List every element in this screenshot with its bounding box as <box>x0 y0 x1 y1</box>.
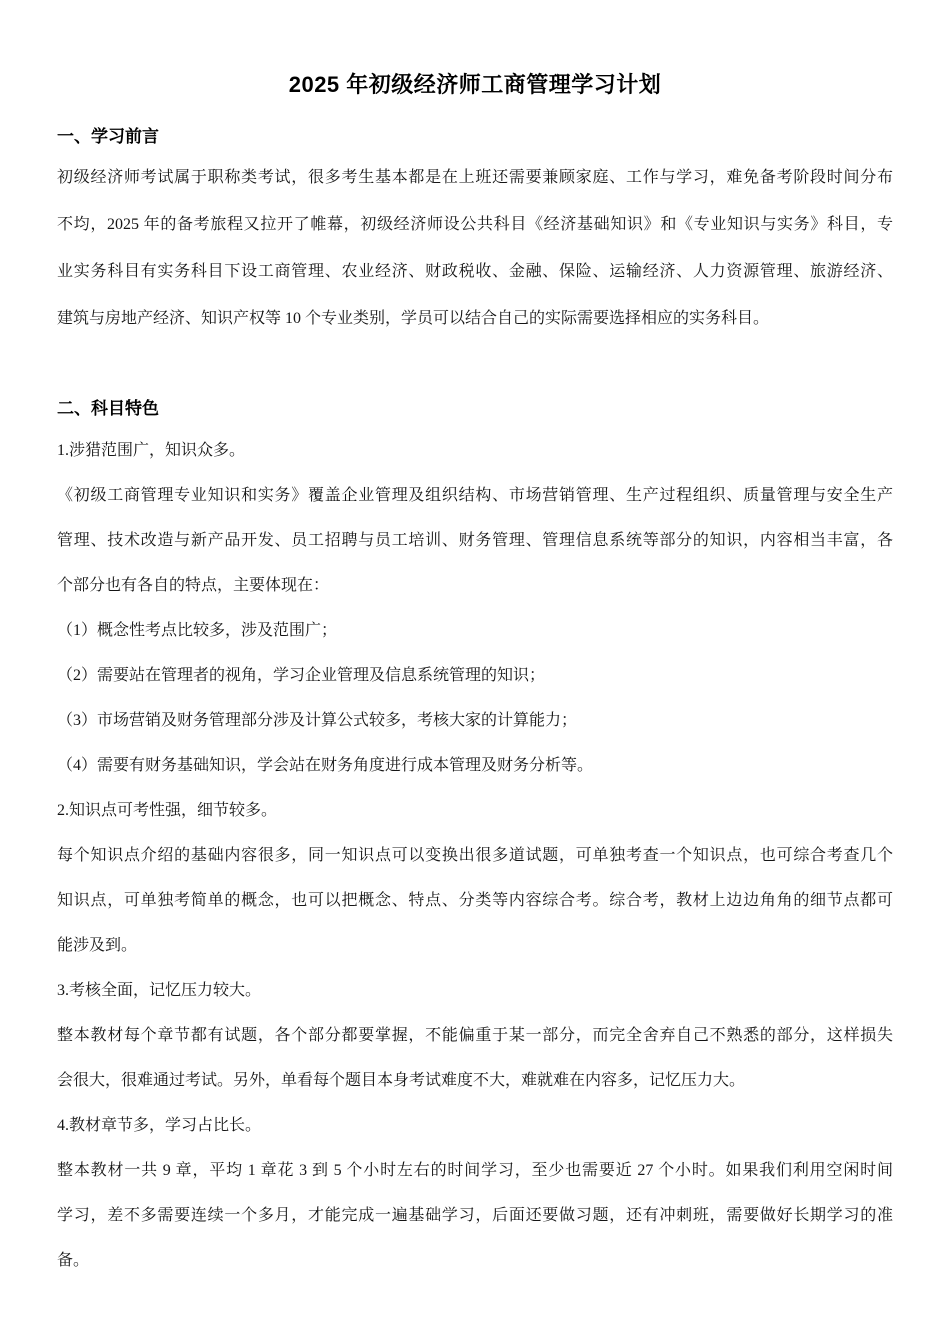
feature-item-3-title: 3.考核全面，记忆压力较大。 <box>57 968 893 1013</box>
text-line: 备。 <box>57 1238 893 1283</box>
text-line: 个部分也有各自的特点，主要体现在： <box>57 563 893 608</box>
text-line: 建筑与房地产经济、知识产权等 10 个专业类别，学员可以结合自己的实际需要选择相… <box>57 295 893 342</box>
feature-point-4: （4）需要有财务基础知识，学会站在财务角度进行成本管理及财务分析等。 <box>57 743 893 788</box>
text-line: 每个知识点介绍的基础内容很多，同一知识点可以变换出很多道试题，可单独考查一个知识… <box>57 833 893 878</box>
document-title: 2025 年初级经济师工商管理学习计划 <box>57 0 893 100</box>
section-heading-features: 二、科目特色 <box>57 398 893 420</box>
text-line: 《初级工商管理专业知识和实务》覆盖企业管理及组织结构、市场营销管理、生产过程组织… <box>57 473 893 518</box>
text-line: 会很大，很难通过考试。另外，单看每个题目本身考试难度不大，难就难在内容多，记忆压… <box>57 1058 893 1103</box>
text-line: 能涉及到。 <box>57 923 893 968</box>
document-content: 2025 年初级经济师工商管理学习计划 一、学习前言 初级经济师考试属于职称类考… <box>0 0 950 1283</box>
text-line: 整本教材每个章节都有试题，各个部分都要掌握，不能偏重于某一部分，而完全舍弃自己不… <box>57 1013 893 1058</box>
document-page: 2025 年初级经济师工商管理学习计划 一、学习前言 初级经济师考试属于职称类考… <box>0 0 950 1344</box>
text-line: 学习，差不多需要连续一个多月，才能完成一遍基础学习，后面还要做习题，还有冲刺班，… <box>57 1193 893 1238</box>
text-line: 不均，2025 年的备考旅程又拉开了帷幕，初级经济师设公共科目《经济基础知识》和… <box>57 201 893 248</box>
feature-item-1-title: 1.涉猎范围广，知识众多。 <box>57 428 893 473</box>
feature-point-3: （3）市场营销及财务管理部分涉及计算公式较多，考核大家的计算能力； <box>57 698 893 743</box>
section-heading-preface: 一、学习前言 <box>57 126 893 148</box>
text-line: 整本教材一共 9 章，平均 1 章花 3 到 5 个小时左右的时间学习，至少也需… <box>57 1148 893 1193</box>
text-line: 管理、技术改造与新产品开发、员工招聘与员工培训、财务管理、管理信息系统等部分的知… <box>57 518 893 563</box>
text-line: 知识点，可单独考简单的概念，也可以把概念、特点、分类等内容综合考。综合考，教材上… <box>57 878 893 923</box>
feature-item-2-title: 2.知识点可考性强，细节较多。 <box>57 788 893 833</box>
features-body: 1.涉猎范围广，知识众多。 《初级工商管理专业知识和实务》覆盖企业管理及组织结构… <box>57 428 893 1283</box>
text-line: 业实务科目有实务科目下设工商管理、农业经济、财政税收、金融、保险、运输经济、人力… <box>57 248 893 295</box>
feature-point-1: （1）概念性考点比较多，涉及范围广； <box>57 608 893 653</box>
text-line: 初级经济师考试属于职称类考试，很多考生基本都是在上班还需要兼顾家庭、工作与学习，… <box>57 154 893 201</box>
feature-item-4-title: 4.教材章节多，学习占比长。 <box>57 1103 893 1148</box>
preface-paragraph: 初级经济师考试属于职称类考试，很多考生基本都是在上班还需要兼顾家庭、工作与学习，… <box>57 154 893 342</box>
feature-point-2: （2）需要站在管理者的视角，学习企业管理及信息系统管理的知识； <box>57 653 893 698</box>
